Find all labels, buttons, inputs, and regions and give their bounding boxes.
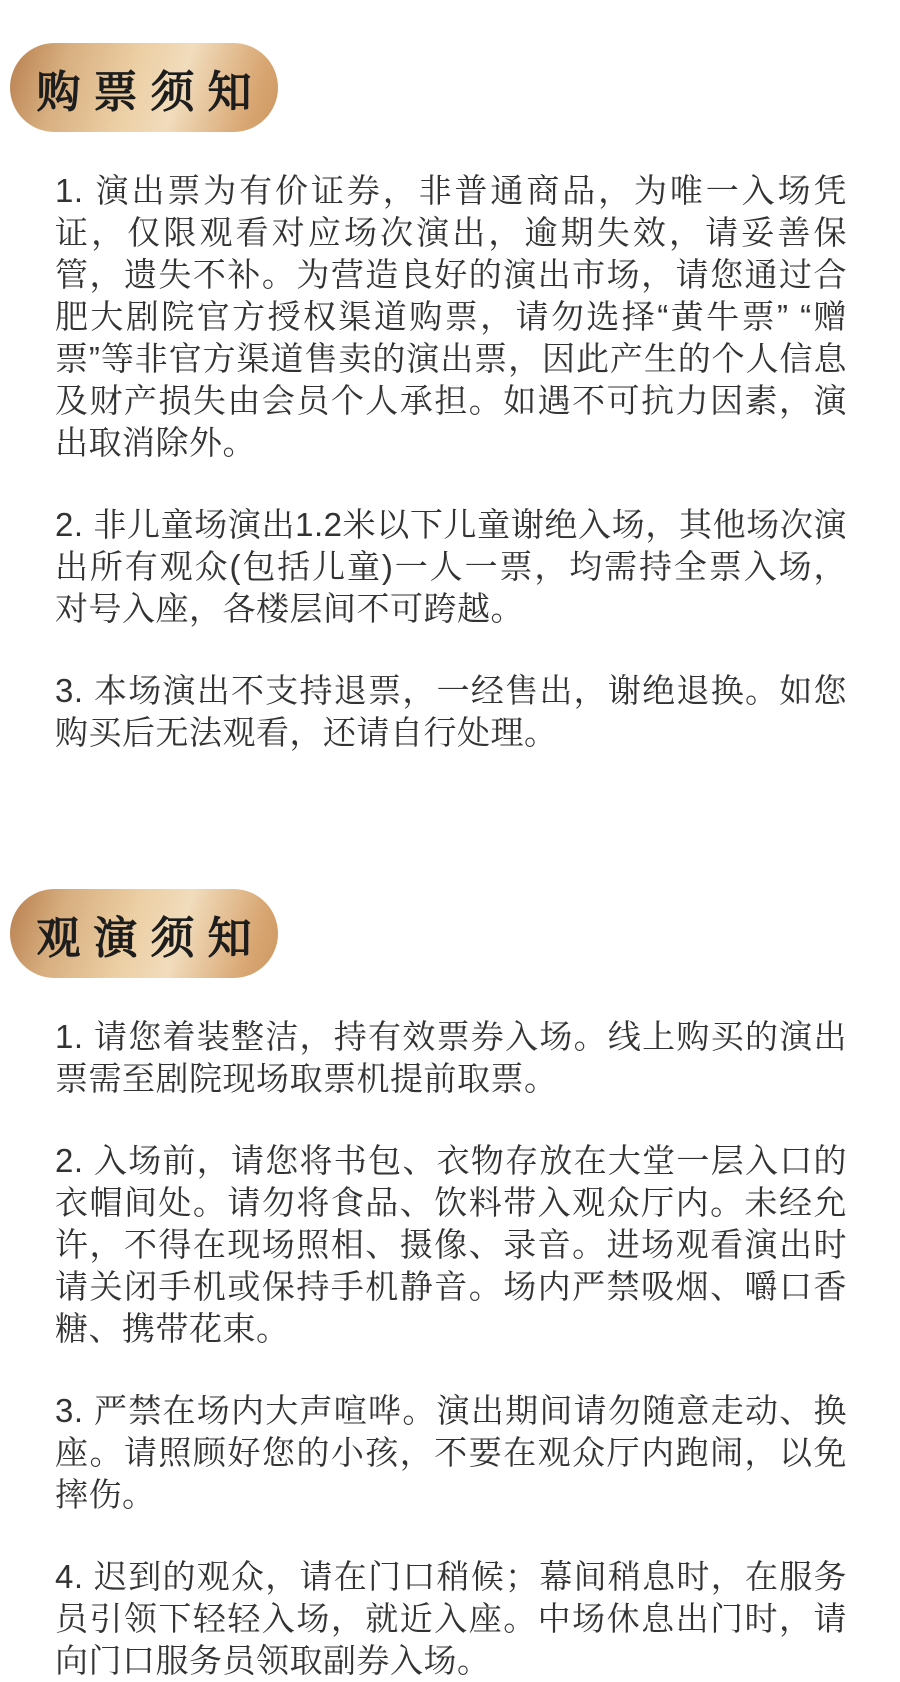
viewing-notice-item-1: 1. 请您着装整洁，持有效票券入场。线上购买的演出票需至剧院现场取票机提前取票。 [55, 1016, 847, 1100]
viewing-notice-badge: 观演须知 [10, 889, 278, 978]
purchase-notice-item-2: 2. 非儿童场演出1.2米以下儿童谢绝入场，其他场次演出所有观众(包括儿童)一人… [55, 504, 847, 630]
purchase-notice-item-1: 1. 演出票为有价证券，非普通商品，为唯一入场凭证，仅限观看对应场次演出，逾期失… [55, 170, 847, 464]
badge-title: 观演须知 [37, 902, 265, 966]
purchase-notice-item-3: 3. 本场演出不支持退票，一经售出，谢绝退换。如您购买后无法观看，还请自行处理。 [55, 670, 847, 754]
ticket-purchase-notice-badge: 购票须知 [10, 43, 278, 132]
viewing-notice-item-4: 4. 迟到的观众，请在门口稍候；幕间稍息时，在服务员引领下轻轻入场，就近入座。中… [55, 1556, 847, 1682]
notice-page: 购票须知 1. 演出票为有价证券，非普通商品，为唯一入场凭证，仅限观看对应场次演… [0, 0, 900, 1682]
badge-title: 购票须知 [37, 56, 265, 120]
viewing-notice-item-3: 3. 严禁在场内大声喧哗。演出期间请勿随意走动、换座。请照顾好您的小孩，不要在观… [55, 1390, 847, 1516]
section-viewing-notice: 观演须知 1. 请您着装整洁，持有效票券入场。线上购买的演出票需至剧院现场取票机… [0, 889, 900, 1682]
section-ticket-purchase-notice: 购票须知 1. 演出票为有价证券，非普通商品，为唯一入场凭证，仅限观看对应场次演… [0, 43, 900, 754]
viewing-notice-item-2: 2. 入场前，请您将书包、衣物存放在大堂一层入口的衣帽间处。请勿将食品、饮料带入… [55, 1140, 847, 1350]
